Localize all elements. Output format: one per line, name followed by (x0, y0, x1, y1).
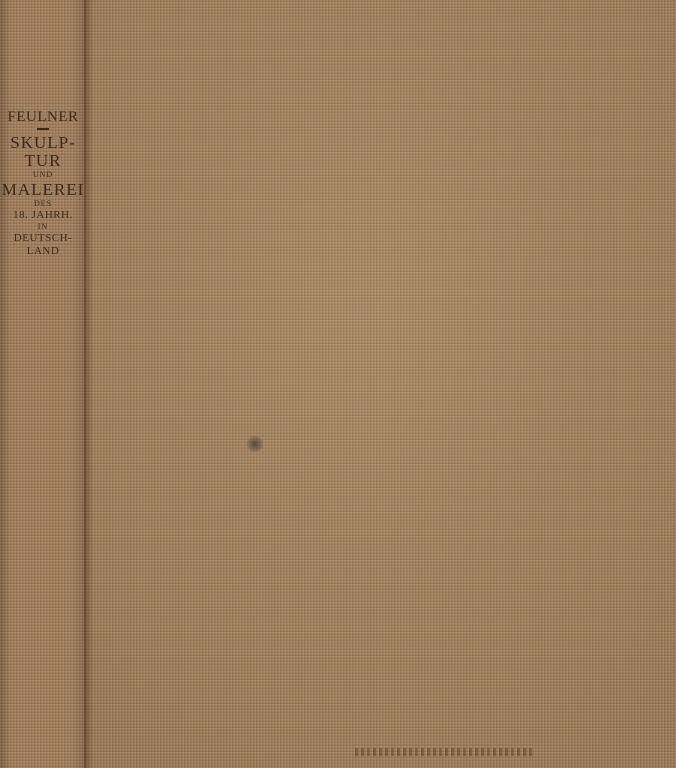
book-cover: FEULNER SKULP- TUR UND MALEREI DES 18. J… (0, 0, 676, 768)
spine-title-line: IN (0, 223, 86, 231)
spine-title-line: DEUTSCH- (0, 233, 86, 244)
spine-author: FEULNER (0, 110, 86, 125)
spine-title-line: LAND (0, 246, 86, 257)
spine-title-line: SKULP- (0, 134, 86, 151)
spine-title-line: UND (0, 171, 86, 179)
book-spine: FEULNER SKULP- TUR UND MALEREI DES 18. J… (0, 0, 86, 768)
spine-lettering: FEULNER SKULP- TUR UND MALEREI DES 18. J… (0, 110, 86, 259)
spine-title-line: 18. JAHRH. (0, 210, 86, 221)
cloth-stain (246, 436, 264, 452)
spine-title-line: DES (0, 200, 86, 208)
spine-title-line: TUR (0, 152, 86, 169)
bottom-wear-mark (355, 748, 535, 756)
spine-rule (37, 128, 49, 130)
spine-title-line: MALEREI (0, 181, 86, 198)
spine-hinge (84, 0, 94, 768)
